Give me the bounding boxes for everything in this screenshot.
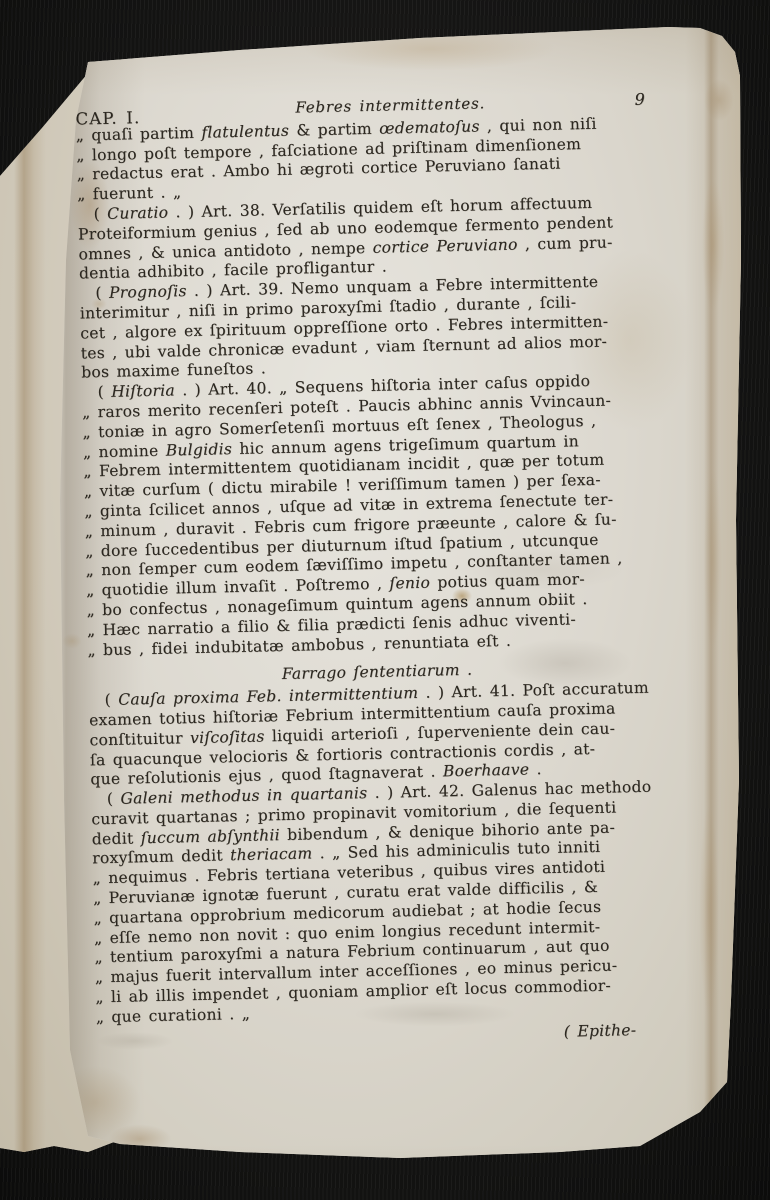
paragraph-historia-art-40: ( Hiſtoria . ) Art. 40. „ Sequens hiſtor… [81, 371, 665, 661]
paragraph-galeni-methodus-art-42: ( Galeni methodus in quartanis . ) Art. … [91, 777, 674, 1028]
chapter-label: CAP. I. [75, 107, 195, 130]
paragraph-causa-proxima-art-41: ( Cauſa proxima Feb. intermittentium . )… [88, 678, 668, 790]
page-number: 9 [585, 89, 653, 110]
paragraph-prognosis-art-39: ( Prognoſis . ) Art. 39. Nemo unquam a F… [79, 272, 659, 384]
printed-text-block: CAP. I. Febres intermittentes. 9 „ quaſi… [75, 89, 674, 1052]
book-page: CAP. I. Febres intermittentes. 9 „ quaſi… [0, 0, 770, 1200]
photo-background: CAP. I. Febres intermittentes. 9 „ quaſi… [0, 0, 770, 1200]
paragraph-curatio-art-38: ( Curatio . ) Art. 38. Verſatilis quidem… [77, 192, 657, 284]
